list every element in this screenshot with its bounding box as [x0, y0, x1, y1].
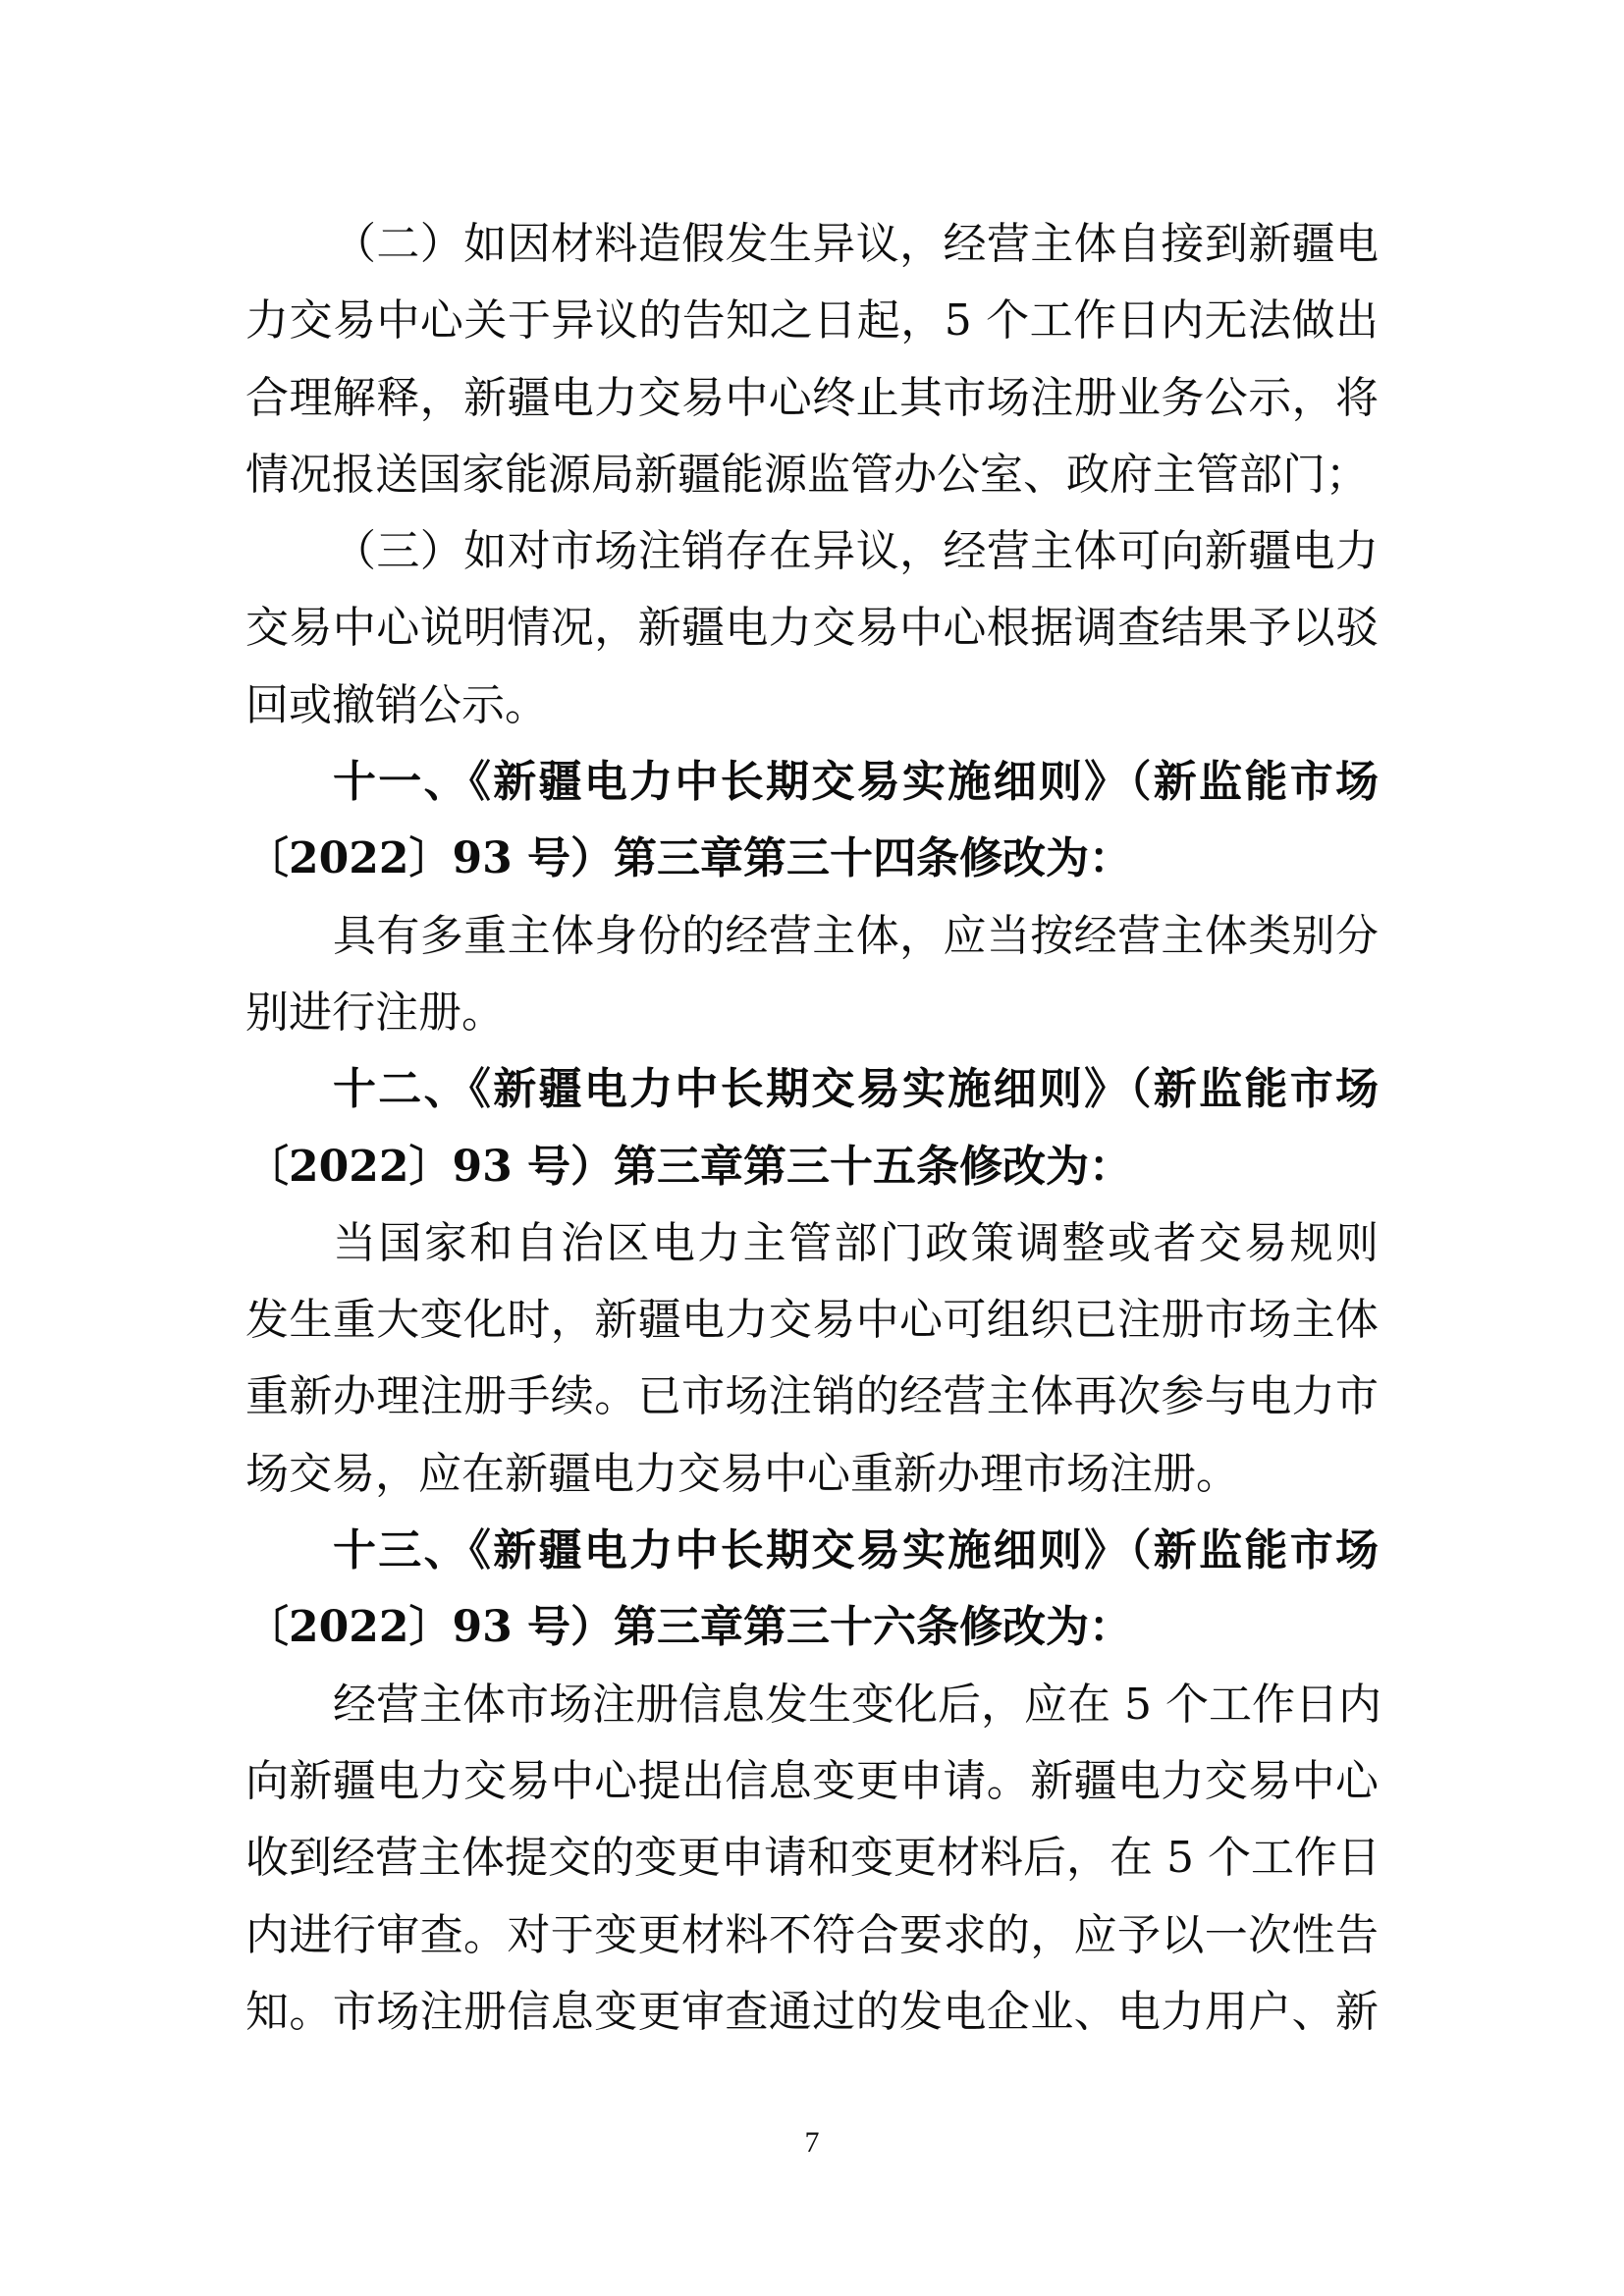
text-line: 经营主体市场注册信息发生变化后，应在 5 个工作日内: [245, 1667, 1379, 1743]
heading-paragraph: 十一、《新疆电力中长期交易实施细则》（新监能市场〔2022〕93 号）第三章第三…: [245, 744, 1379, 898]
text-line: 十三、《新疆电力中长期交易实施细则》（新监能市场: [245, 1513, 1379, 1589]
text-line: 十二、《新疆电力中长期交易实施细则》（新监能市场: [245, 1051, 1379, 1128]
body-paragraph: 当国家和自治区电力主管部门政策调整或者交易规则发生重大变化时，新疆电力交易中心可…: [245, 1205, 1379, 1513]
text-line: （三）如对市场注销存在异议，经营主体可向新疆电力: [245, 513, 1379, 590]
text-line: 发生重大变化时，新疆电力交易中心可组织已注册市场主体: [245, 1282, 1379, 1359]
body-paragraph: 具有多重主体身份的经营主体，应当按经营主体类别分别进行注册。: [245, 898, 1379, 1052]
text-line: 力交易中心关于异议的告知之日起，5 个工作日内无法做出: [245, 283, 1379, 359]
text-line: 当国家和自治区电力主管部门政策调整或者交易规则: [245, 1205, 1379, 1282]
body-paragraph: （二）如因材料造假发生异议，经营主体自接到新疆电力交易中心关于异议的告知之日起，…: [245, 206, 1379, 513]
text-line: 知。市场注册信息变更审查通过的发电企业、电力用户、新: [245, 1974, 1379, 2051]
text-line: 别进行注册。: [245, 975, 1379, 1051]
text-line: 〔2022〕93 号）第三章第三十四条修改为：: [245, 821, 1379, 897]
text-line: 收到经营主体提交的变更申请和变更材料后，在 5 个工作日: [245, 1820, 1379, 1896]
text-line: 向新疆电力交易中心提出信息变更申请。新疆电力交易中心: [245, 1743, 1379, 1820]
text-line: 情况报送国家能源局新疆能源监管办公室、政府主管部门；: [245, 437, 1379, 513]
page-footer: 7: [0, 2128, 1624, 2167]
body-paragraph: 经营主体市场注册信息发生变化后，应在 5 个工作日内向新疆电力交易中心提出信息变…: [245, 1667, 1379, 2051]
text-line: 〔2022〕93 号）第三章第三十五条修改为：: [245, 1129, 1379, 1205]
text-line: （二）如因材料造假发生异议，经营主体自接到新疆电: [245, 206, 1379, 283]
text-line: 场交易，应在新疆电力交易中心重新办理市场注册。: [245, 1436, 1379, 1513]
body-paragraph: （三）如对市场注销存在异议，经营主体可向新疆电力交易中心说明情况，新疆电力交易中…: [245, 513, 1379, 744]
text-line: 回或撤销公示。: [245, 667, 1379, 744]
document-page: （二）如因材料造假发生异议，经营主体自接到新疆电力交易中心关于异议的告知之日起，…: [0, 0, 1624, 2296]
text-line: 〔2022〕93 号）第三章第三十六条修改为：: [245, 1589, 1379, 1666]
text-line: 合理解释，新疆电力交易中心终止其市场注册业务公示，将: [245, 360, 1379, 437]
text-line: 十一、《新疆电力中长期交易实施细则》（新监能市场: [245, 744, 1379, 821]
text-line: 具有多重主体身份的经营主体，应当按经营主体类别分: [245, 898, 1379, 975]
text-line: 重新办理注册手续。已市场注销的经营主体再次参与电力市: [245, 1359, 1379, 1435]
document-body: （二）如因材料造假发生异议，经营主体自接到新疆电力交易中心关于异议的告知之日起，…: [245, 206, 1379, 2051]
page-number: 7: [805, 2126, 820, 2159]
text-line: 交易中心说明情况，新疆电力交易中心根据调查结果予以驳: [245, 590, 1379, 667]
text-line: 内进行审查。对于变更材料不符合要求的，应予以一次性告: [245, 1897, 1379, 1974]
heading-paragraph: 十二、《新疆电力中长期交易实施细则》（新监能市场〔2022〕93 号）第三章第三…: [245, 1051, 1379, 1205]
heading-paragraph: 十三、《新疆电力中长期交易实施细则》（新监能市场〔2022〕93 号）第三章第三…: [245, 1513, 1379, 1667]
